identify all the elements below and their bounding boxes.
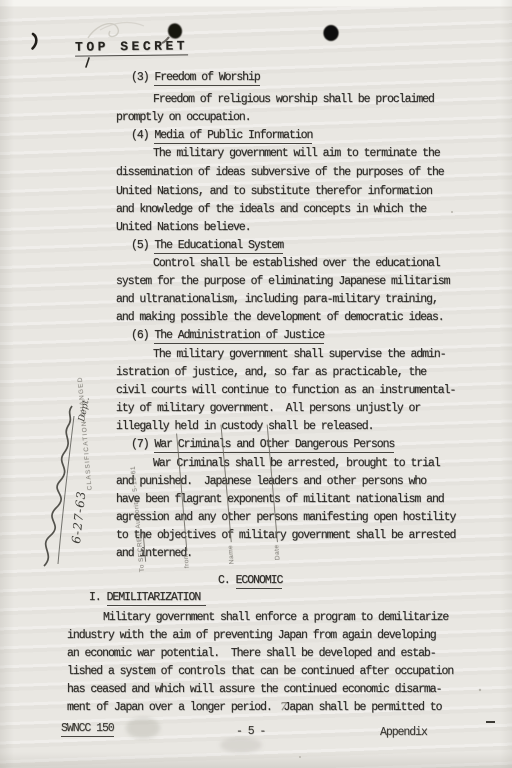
pencil-page-mark: 7 bbox=[280, 701, 287, 714]
stamp-text-block: CLASSIFICATION CHANGED To SECRET Authori… bbox=[42, 387, 98, 580]
text-line: ment of Japan over a longer period. Japa… bbox=[67, 701, 441, 714]
text-line: Military government shall enforce a prog… bbox=[103, 611, 448, 624]
stamp-date-blank bbox=[260, 425, 277, 543]
pencil-scribble bbox=[88, 24, 118, 38]
classification-changed-stamp: CLASSIFICATION CHANGED To SECRET Authori… bbox=[42, 387, 98, 580]
stamp-to-value: SECRET bbox=[135, 532, 146, 562]
text-line: an economic war potential. There shall b… bbox=[67, 647, 436, 660]
ink-dot-left bbox=[166, 22, 183, 40]
edge-dash-mark bbox=[486, 721, 495, 723]
text-line: system for the purpose of eliminating Ja… bbox=[116, 275, 450, 288]
stray-tick bbox=[86, 58, 89, 67]
stamp-to-row: To SECRET Authority 5-19-61 bbox=[122, 382, 146, 572]
footer-appendix-label: Appendix bbox=[380, 726, 427, 739]
classification-heading: TOP SECRET bbox=[75, 39, 188, 53]
stamp-authority-note: Authority 5-19-61 bbox=[129, 466, 142, 533]
text-line: industry with the aim of preventing Japa… bbox=[67, 629, 436, 642]
speck bbox=[479, 689, 481, 691]
stamp-name-label: Name bbox=[227, 542, 236, 564]
stamp-from-blank bbox=[170, 433, 187, 551]
stamp-name-row: Name bbox=[210, 375, 236, 565]
stamp-title: CLASSIFICATION CHANGED bbox=[78, 386, 94, 490]
speck bbox=[299, 756, 301, 758]
text-line: (5) The Educational System bbox=[131, 239, 283, 252]
pencil-scribble-2 bbox=[100, 23, 144, 30]
text-line: and making possible the development of d… bbox=[116, 311, 444, 324]
doc-number-text: SWNCC 150 bbox=[61, 722, 114, 737]
text-line: dissemination of ideas subversive of the… bbox=[116, 166, 444, 179]
text-line: and knowledge of the ideals and concepts… bbox=[116, 203, 426, 216]
text-line: Freedom of religious worship shall be pr… bbox=[153, 93, 434, 106]
scanned-document-page: TOP SECRET (3) Freedom of WorshipFreedom… bbox=[0, 0, 512, 768]
stamp-to-label: To bbox=[138, 562, 146, 573]
text-line: The military government shall supervise … bbox=[153, 348, 446, 361]
smudge-footer-left bbox=[126, 717, 160, 739]
text-line: The military government will aim to term… bbox=[153, 147, 440, 160]
text-line: United Nations believe. bbox=[116, 221, 251, 234]
text-line: I. DEMILITARIZATION bbox=[89, 591, 206, 604]
text-line: Control shall be established over the ed… bbox=[153, 257, 440, 270]
speck bbox=[451, 211, 453, 213]
classification-text: TOP SECRET bbox=[75, 38, 188, 56]
ink-tick-mark bbox=[33, 34, 37, 49]
text-line: has ceased and which will assure the con… bbox=[67, 683, 441, 696]
text-line: United Nations, and to substitute theref… bbox=[116, 185, 432, 198]
stamp-from-row: from bbox=[165, 378, 191, 568]
footer-doc-number: SWNCC 150 bbox=[61, 722, 114, 735]
stamp-name-blank bbox=[215, 425, 232, 543]
stamp-date-label: Date bbox=[273, 542, 282, 561]
text-line: and ultranationalism, including para-mil… bbox=[116, 293, 438, 306]
text-line: (3) Freedom of Worship bbox=[131, 71, 260, 84]
text-line: C. ECONOMIC bbox=[218, 574, 282, 587]
text-line: (4) Media of Public Information bbox=[131, 129, 312, 142]
ink-dot-right bbox=[323, 25, 338, 41]
text-line: promptly on occupation. bbox=[116, 111, 251, 124]
stamp-date-row: Date bbox=[256, 371, 282, 561]
smudge-footer-center bbox=[220, 737, 262, 753]
text-line: (6) The Administration of Justice bbox=[131, 329, 324, 342]
text-line: lished a system of controls that can be … bbox=[67, 665, 453, 678]
footer-page-number: - 5 - bbox=[236, 725, 265, 738]
stamp-from-label: from bbox=[182, 551, 190, 569]
